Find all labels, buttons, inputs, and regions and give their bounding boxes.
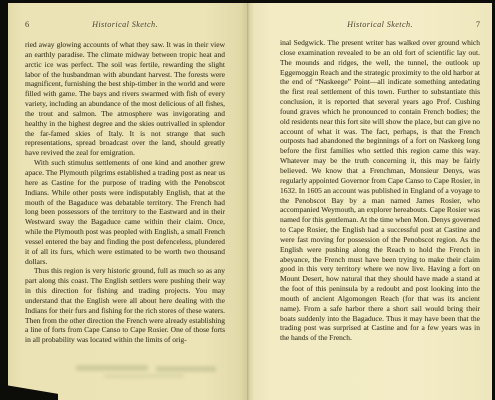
book-scan: 6 Historical Sketch. ried away glowing a… [0,0,495,400]
right-page-header: Historical Sketch. 7 [280,20,480,32]
left-paragraph-2: With such stimulus settlements of one ki… [25,158,225,266]
left-page-number: 6 [25,20,29,29]
right-page: Historical Sketch. 7 inal Sedgwick. The … [247,3,492,400]
right-running-header: Historical Sketch. [280,20,480,29]
right-page-number: 7 [476,20,480,29]
ink-bleedthrough-smudge [156,366,216,372]
left-paragraph-3: Thus this region is very historic ground… [25,266,225,345]
left-page-body: ried away glowing accounts of what they … [25,40,225,345]
right-paragraph-1: inal Sedgwick. The present writer has wa… [280,38,480,343]
left-running-header: Historical Sketch. [25,20,225,29]
left-paragraph-1: ried away glowing accounts of what they … [25,40,225,158]
right-page-body: inal Sedgwick. The present writer has wa… [280,38,480,343]
left-page: 6 Historical Sketch. ried away glowing a… [8,3,247,400]
ink-bleedthrough-smudge [76,365,148,371]
left-page-header: 6 Historical Sketch. [25,20,225,32]
ink-bleedthrough-smudge [104,374,184,378]
